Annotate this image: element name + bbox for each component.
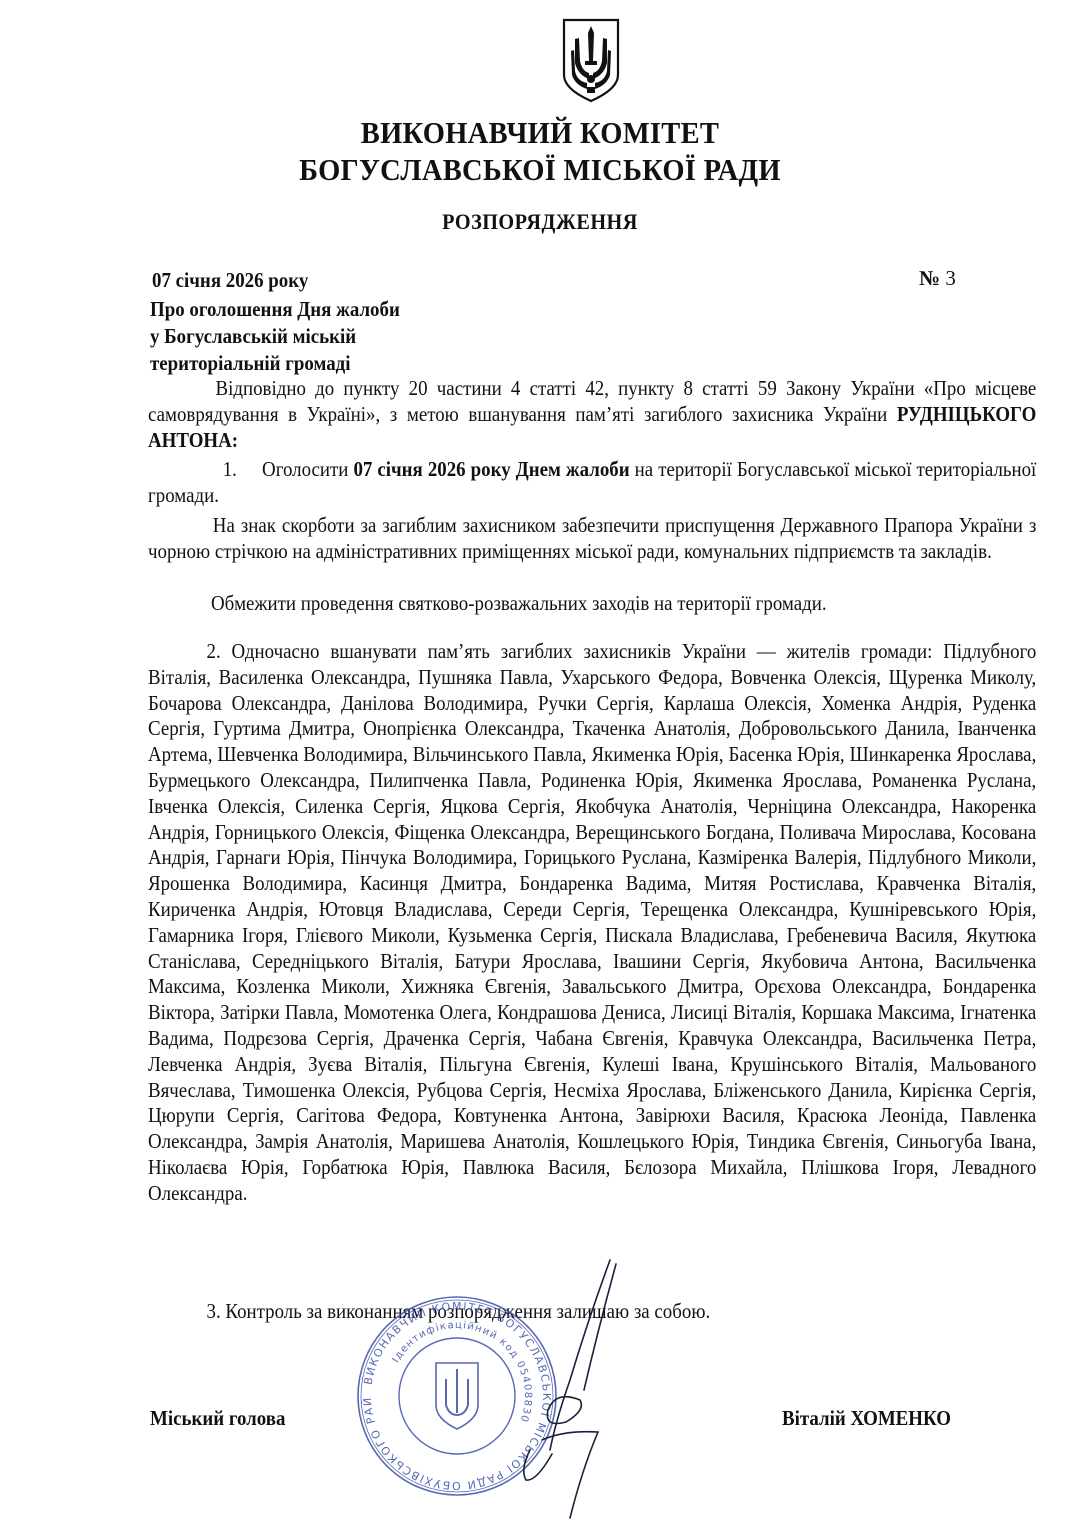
organization-title-line1: ВИКОНАВЧИЙ КОМІТЕТ [43,114,1037,151]
fallen-defender-name: Красюка Леоніда, [797,1103,960,1127]
document-number-value: 3 [945,266,956,290]
fallen-defender-name: Горбатюка Юрія, [302,1155,462,1179]
fallen-defender-name: Маришева Анатолія, [400,1129,577,1153]
fallen-defender-name: Пушняка Павла, [418,665,560,689]
item-1-restriction-paragraph: Обмежити проведення святково-розважальни… [148,590,1036,616]
fallen-defender-name: Шевченка Володимира, [217,742,412,766]
fallen-defender-name: Кириченка Андрія, [148,897,319,921]
fallen-defender-name: Ютовця Владислава, [319,897,504,921]
fallen-defender-name: Родиненка Юрія, [541,768,693,792]
fallen-defender-name: Хоменка Андрія, [821,691,972,715]
document-subject: Про оголошення Дня жалоби у Богуславські… [150,296,400,377]
fallen-defender-name: Кравченка Віталія, [877,871,1037,895]
fallen-defender-name: Тиндика Євгенія, [747,1129,897,1153]
fallen-defender-name: Левченка Андрія, [148,1052,308,1076]
fallen-defender-name: Казміренка Валерія, [698,845,868,869]
document-date: 07 січня 2026 року [152,268,308,293]
fallen-defender-name: Івашини Сергія, [613,949,761,973]
fallen-defender-name: Якобчука Анатолія, [575,794,748,818]
fallen-defender-name: Верещинського Богдана, [575,820,779,844]
fallen-defender-name: Щуренка Миколу, [889,665,1037,689]
fallen-defender-name: Лисиці Віталія, [671,1000,801,1024]
fallen-defender-name: Пінчука Володимира, [341,845,524,869]
fallen-defender-name: Якименка Юрія, [591,742,728,766]
document-number-label: № [919,266,940,290]
item-1-number: 1. [223,457,237,481]
fallen-defender-name: Горицького Руслана, [524,845,698,869]
fallen-defender-name: Зуєва Віталія, [308,1052,439,1076]
signatory-name: Віталій ХОМЕНКО [782,1406,951,1431]
fallen-defender-name: Плішкова Ігоря, [801,1155,952,1179]
fallen-defender-name: Рубцова Сергія, [417,1078,554,1102]
organization-title-line2: БОГУСЛАВСЬКОЇ МІСЬКОЇ РАДИ [43,151,1037,188]
fallen-defender-name: Бурмецького Олександра, [148,768,370,792]
item-1-flag-text: На знак скорботи за загиблим захисником … [148,512,1036,564]
fallen-defender-name: Кравчука Олександра, [678,1026,872,1050]
fallen-defender-name: Бєлозора Михайла, [624,1155,801,1179]
fallen-defender-name: Горницького Олексія, [215,820,395,844]
fallen-defender-name: Хижняка Євгенія, [401,974,562,998]
fallen-defender-name: Шинкаренка Ярослава, [850,742,1037,766]
fallen-defender-name: Крушінського Віталія, [730,1052,930,1076]
fallen-defender-name: Цюрупи Сергія, [148,1103,296,1127]
fallen-defender-name: Кушніревського Юрія, [849,897,1036,921]
fallen-defender-name: Козленка Миколи, [236,974,400,998]
fallen-defender-name: Кондрашова Дениса, [497,1000,671,1024]
fallen-defender-name: Пискала Владислава, [605,923,786,947]
document-number: № 3 [919,266,956,291]
fallen-defender-name: Середи Сергія, [503,897,640,921]
subject-line1: Про оголошення Дня жалоби [150,296,400,323]
fallen-defender-name: Бондаренка Вадима, [519,871,704,895]
fallen-defender-name: Ухарського Федора, [561,665,731,689]
fallen-defender-name: Романенка Руслана, [872,768,1036,792]
item-1-text-before: Оголосити [262,457,353,481]
fallen-defender-name: Черніцина Олександра, [748,794,952,818]
item-1-restriction-text: Обмежити проведення святково-розважальни… [148,590,1036,616]
fallen-defender-name: Якубовича Антона, [761,949,935,973]
fallen-defender-name: Синьогуба Івана, [896,1129,1036,1153]
document-page: ВИКОНАВЧИЙ КОМІТЕТ БОГУСЛАВСЬКОЇ МІСЬКОЇ… [0,0,1080,1526]
fallen-defender-name: Гуртима Дмитра, [213,716,363,740]
fallen-defender-name: Коршака Максима, [801,1000,960,1024]
document-type-heading: РОЗПОРЯДЖЕННЯ [43,209,1037,235]
fallen-defender-name: Орєхова Олександра, [755,974,943,998]
fallen-defender-name: Павлюка Василя, [463,1155,624,1179]
fallen-defender-name: Силенка Сергія, [295,794,440,818]
handwritten-signature [470,1250,660,1526]
fallen-defender-name: Івченка Олексія, [148,794,295,818]
item-2-intro: 2. Одночасно вшанувати пам’ять загиблих … [207,639,944,663]
fallen-defenders-list: Підлубного Віталія, Василенка Олександра… [148,639,1036,1205]
fallen-defender-name: Василенка Олександра, [219,665,419,689]
fallen-defender-name: Кузьменка Сергія, [448,923,605,947]
fallen-defender-name: Яцкова Сергія, [440,794,575,818]
fallen-defender-name: Фіщенка Олександра, [395,820,576,844]
fallen-defender-name: Подрєзова Сергія, [223,1026,383,1050]
fallen-defender-name: Гарнаги Юрія, [216,845,341,869]
fallen-defender-name: Пільгуна Євгенія, [439,1052,602,1076]
fallen-defender-name: Пилипченка Павла, [370,768,542,792]
fallen-defender-name: Кулеші Івана, [602,1052,730,1076]
fallen-defender-name: Ярошенка Володимира, [148,871,360,895]
fallen-defender-name: Вільчинського Павла, [413,742,592,766]
item-1-mourning-day: 07 січня 2026 року Днем жалоби [353,457,629,481]
preamble-paragraph: Відповідно до пункту 20 частини 4 статті… [148,375,1036,453]
fallen-defender-name: Батури Ярослава, [455,949,613,973]
fallen-defender-name: Митяя Ростислава, [704,871,876,895]
fallen-defender-name: Бочарова Олександра, [148,691,341,715]
fallen-defender-name: Васильченка Петра, [872,1026,1036,1050]
fallen-defender-name: Гамарника Ігоря, [148,923,296,947]
fallen-defender-name: Кошлецького Юрія, [577,1129,746,1153]
fallen-defender-name: Добровольського Данила, [739,716,958,740]
fallen-defender-name: Вовченка Олексія, [730,665,888,689]
signatory-role: Міський голова [150,1406,285,1431]
fallen-defender-name: Момотенка Олега, [344,1000,498,1024]
fallen-defender-name: Глієвого Миколи, [296,923,448,947]
coat-of-arms-trident-icon [561,17,621,103]
fallen-defender-name: Гребеневича Василя, [787,923,966,947]
fallen-defender-name: Поливача Мирослава, [780,820,962,844]
item-1-flag-paragraph: На знак скорботи за загиблим захисником … [148,512,1036,564]
fallen-defender-name: Підлубного Миколи, [868,845,1036,869]
fallen-defender-name: Сагітова Федора, [296,1103,454,1127]
fallen-defender-name: Ткаченка Анатолія, [573,716,739,740]
fallen-defender-name: Бліженського Данила, [713,1078,899,1102]
fallen-defender-name: Ніколаєва Юрія, [148,1155,302,1179]
organization-title: ВИКОНАВЧИЙ КОМІТЕТ БОГУСЛАВСЬКОЇ МІСЬКОЇ… [43,114,1037,188]
fallen-defender-name: Якименка Ярослава, [693,768,872,792]
fallen-defender-name: Середніцького Віталія, [252,949,455,973]
fallen-defender-name: Онопрієнка Олександра, [363,716,572,740]
fallen-defender-name: Драченка Сергія, [384,1026,536,1050]
fallen-defender-name: Завальського Дмитра, [562,974,755,998]
fallen-defender-name: Карлаша Олексія, [664,691,822,715]
item-2-paragraph: 2. Одночасно вшанувати пам’ять загиблих … [148,639,1036,1207]
fallen-defender-name: Тимошенка Олексія, [243,1078,417,1102]
item-1-paragraph: 1. Оголосити 07 січня 2026 року Днем жал… [148,456,1036,508]
fallen-defender-name: Басенка Юрія, [729,742,850,766]
fallen-defender-name: Данілова Володимира, [341,691,538,715]
subject-line3: територіальній громаді [150,350,400,377]
fallen-defender-name: Несміха Ярослава, [554,1078,714,1102]
fallen-defender-name: Завірюхи Василя, [636,1103,797,1127]
fallen-defender-name: Ручки Сергія, [538,691,664,715]
fallen-defender-name: Ковтуненка Антона, [454,1103,636,1127]
subject-line2: у Богуславській міській [150,323,400,350]
fallen-defender-name: Замрія Анатолія, [255,1129,400,1153]
fallen-defender-name: Затірки Павла, [220,1000,343,1024]
fallen-defender-name: Кирієнка Сергія, [899,1078,1036,1102]
fallen-defender-name: Терещенка Олександра, [641,897,850,921]
fallen-defender-name: Касинця Дмитра, [360,871,520,895]
fallen-defender-name: Чабана Євгенія, [535,1026,678,1050]
